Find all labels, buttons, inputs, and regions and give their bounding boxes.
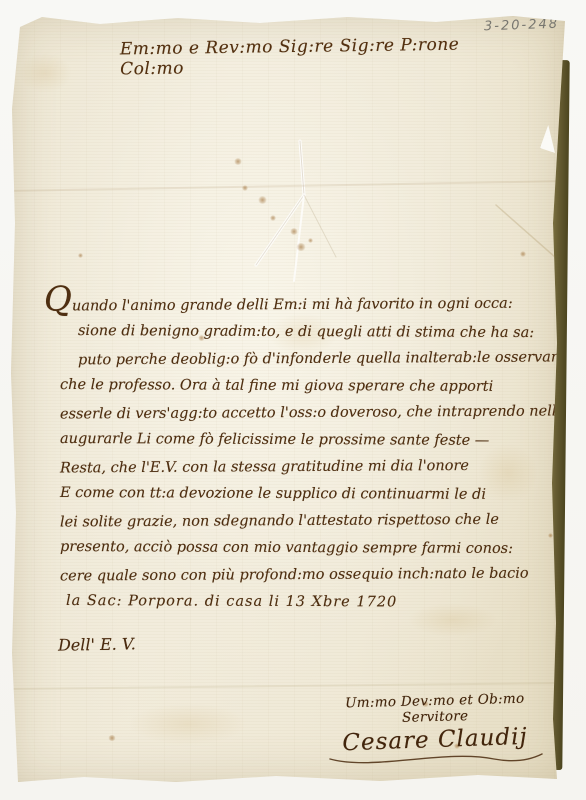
letter-body: Quando l'animo grande delli Em:i mi hà f… — [42, 287, 562, 616]
body-line: sione di benigno gradim:to, e di quegli … — [42, 318, 562, 347]
salutation-line: Em:mo e Rev:mo Sig:re Sig:re P:rone Col:… — [120, 35, 465, 80]
foxing-spot — [296, 243, 306, 251]
foxing-spot — [308, 238, 313, 243]
body-line: lei solite grazie, non sdegnando l'attes… — [42, 506, 562, 536]
catalog-number: 3-20-248 — [484, 17, 559, 35]
body-line: esserle di vers'agg:to accetto l'oss:o d… — [42, 398, 562, 428]
foxing-spot — [290, 228, 298, 235]
edge-tear — [540, 125, 555, 153]
foxing-spot — [258, 196, 267, 204]
body-line: Quando l'animo grande delli Em:i mi hà f… — [42, 285, 562, 320]
letter-page: 3-20-248 Em:mo e Rev:mo Sig:re Sig:re P:… — [8, 13, 568, 785]
foxing-spot — [520, 251, 526, 257]
foxing-spot — [78, 253, 83, 258]
body-line: E come con tt:a devozione le supplico di… — [42, 480, 562, 509]
foxing-spot — [242, 185, 248, 191]
body-line: che le professo. Ora à tal fine mi giova… — [42, 372, 562, 401]
body-line: presento, acciò possa con mio vantaggio … — [42, 534, 562, 563]
stain — [128, 703, 248, 745]
signature-role: Um:mo Dev:mo et Ob:mo Servitore — [320, 690, 551, 728]
dateline: la Sac: Porpora. di casa li 13 Xbre 1720 — [42, 588, 562, 617]
stain — [18, 53, 72, 93]
closing-formula: Dell' E. V. — [58, 634, 136, 654]
body-line: puto perche deoblig:o fò d'infonderle qu… — [42, 344, 562, 374]
foxing-spot — [234, 158, 242, 165]
signature-block: Um:mo Dev:mo et Ob:mo Servitore Cesare C… — [320, 693, 550, 769]
foxing-spot — [270, 215, 276, 221]
body-line: augurarle Li come fò felicissime le pros… — [42, 426, 562, 455]
body-line: cere quale sono con più profond:mo osseq… — [42, 560, 562, 590]
foxing-spot — [108, 735, 116, 741]
body-line: Resta, che l'E.V. con la stessa gratitud… — [42, 452, 562, 482]
scanned-letter: 3-20-248 Em:mo e Rev:mo Sig:re Sig:re P:… — [0, 0, 586, 800]
